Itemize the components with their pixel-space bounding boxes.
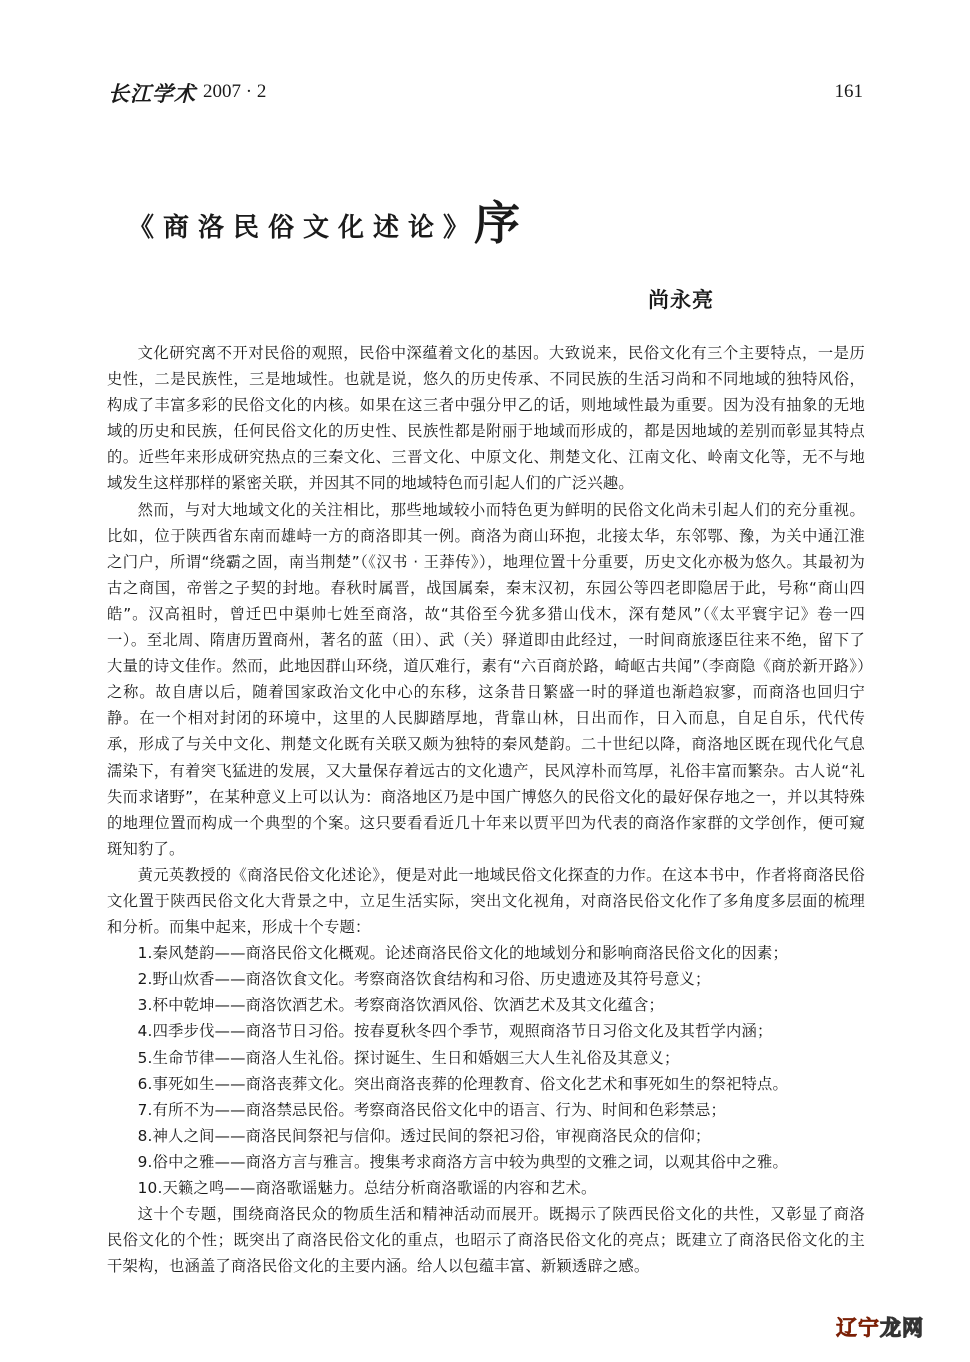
watermark-white-text: 龙网 (880, 1316, 924, 1340)
author-name: 尚永亮 (648, 284, 714, 314)
issue-number: 2007 · 2 (203, 81, 266, 103)
closing-paragraph: 这十个专题，围绕商洛民众的物质生活和精神活动而展开。既揭示了陕西民俗文化的共性，… (107, 1201, 865, 1279)
topic-item: 7.有所不为——商洛禁忌民俗。考察商洛民俗文化中的语言、行为、时间和色彩禁忌； (107, 1097, 865, 1123)
article-title: 《商洛民俗文化述论》 序 (128, 188, 520, 248)
journal-name: 长江学术 (108, 78, 196, 108)
topic-item: 2.野山炊香——商洛饮食文化。考察商洛饮食结构和习俗、历史遗迹及其符号意义； (107, 966, 865, 992)
paragraph: 文化研究离不开对民俗的观照，民俗中深蕴着文化的基因。大致说来，民俗文化有三个主要… (107, 340, 865, 497)
topic-item: 5.生命节律——商洛人生礼俗。探讨诞生、生日和婚姻三大人生礼俗及其意义； (107, 1045, 865, 1071)
title-book-name: 《商洛民俗文化述论》 (128, 208, 478, 248)
paragraph: 然而，与对大地域文化的关注相比，那些地域较小而特色更为鲜明的民俗文化尚未引起人们… (107, 497, 865, 862)
topic-item: 10.天籁之鸣——商洛歌谣魅力。总结分析商洛歌谣的内容和艺术。 (107, 1175, 865, 1201)
title-preface-char: 序 (474, 198, 520, 248)
topic-item: 6.事死如生——商洛丧葬文化。突出商洛丧葬的伦理教育、俗文化艺术和事死如生的祭祀… (107, 1071, 865, 1097)
topic-list: 1.秦风楚韵——商洛民俗文化概观。论述商洛民俗文化的地域划分和影响商洛民俗文化的… (107, 940, 865, 1201)
topic-item: 3.杯中乾坤——商洛饮酒艺术。考察商洛饮酒风俗、饮酒艺术及其文化蕴含； (107, 992, 865, 1018)
topic-item: 9.俗中之雅——商洛方言与雅言。搜集考求商洛方言中较为典型的文雅之词，以观其俗中… (107, 1149, 865, 1175)
page-header: 长江学术 2007 · 2 161 (108, 78, 863, 108)
site-watermark-logo: 辽宁龙网 (836, 1312, 924, 1342)
watermark-red-text: 辽宁 (836, 1316, 880, 1340)
article-body: 文化研究离不开对民俗的观照，民俗中深蕴着文化的基因。大致说来，民俗文化有三个主要… (107, 340, 865, 1279)
topic-item: 8.神人之间——商洛民间祭祀与信仰。透过民间的祭祀习俗，审视商洛民众的信仰； (107, 1123, 865, 1149)
paragraph: 黄元英教授的《商洛民俗文化述论》，便是对此一地域民俗文化探查的力作。在这本书中，… (107, 862, 865, 940)
topic-item: 1.秦风楚韵——商洛民俗文化概观。论述商洛民俗文化的地域划分和影响商洛民俗文化的… (107, 940, 865, 966)
page-number: 161 (835, 81, 864, 103)
topic-item: 4.四季步伐——商洛节日习俗。按春夏秋冬四个季节，观照商洛节日习俗文化及其哲学内… (107, 1018, 865, 1044)
